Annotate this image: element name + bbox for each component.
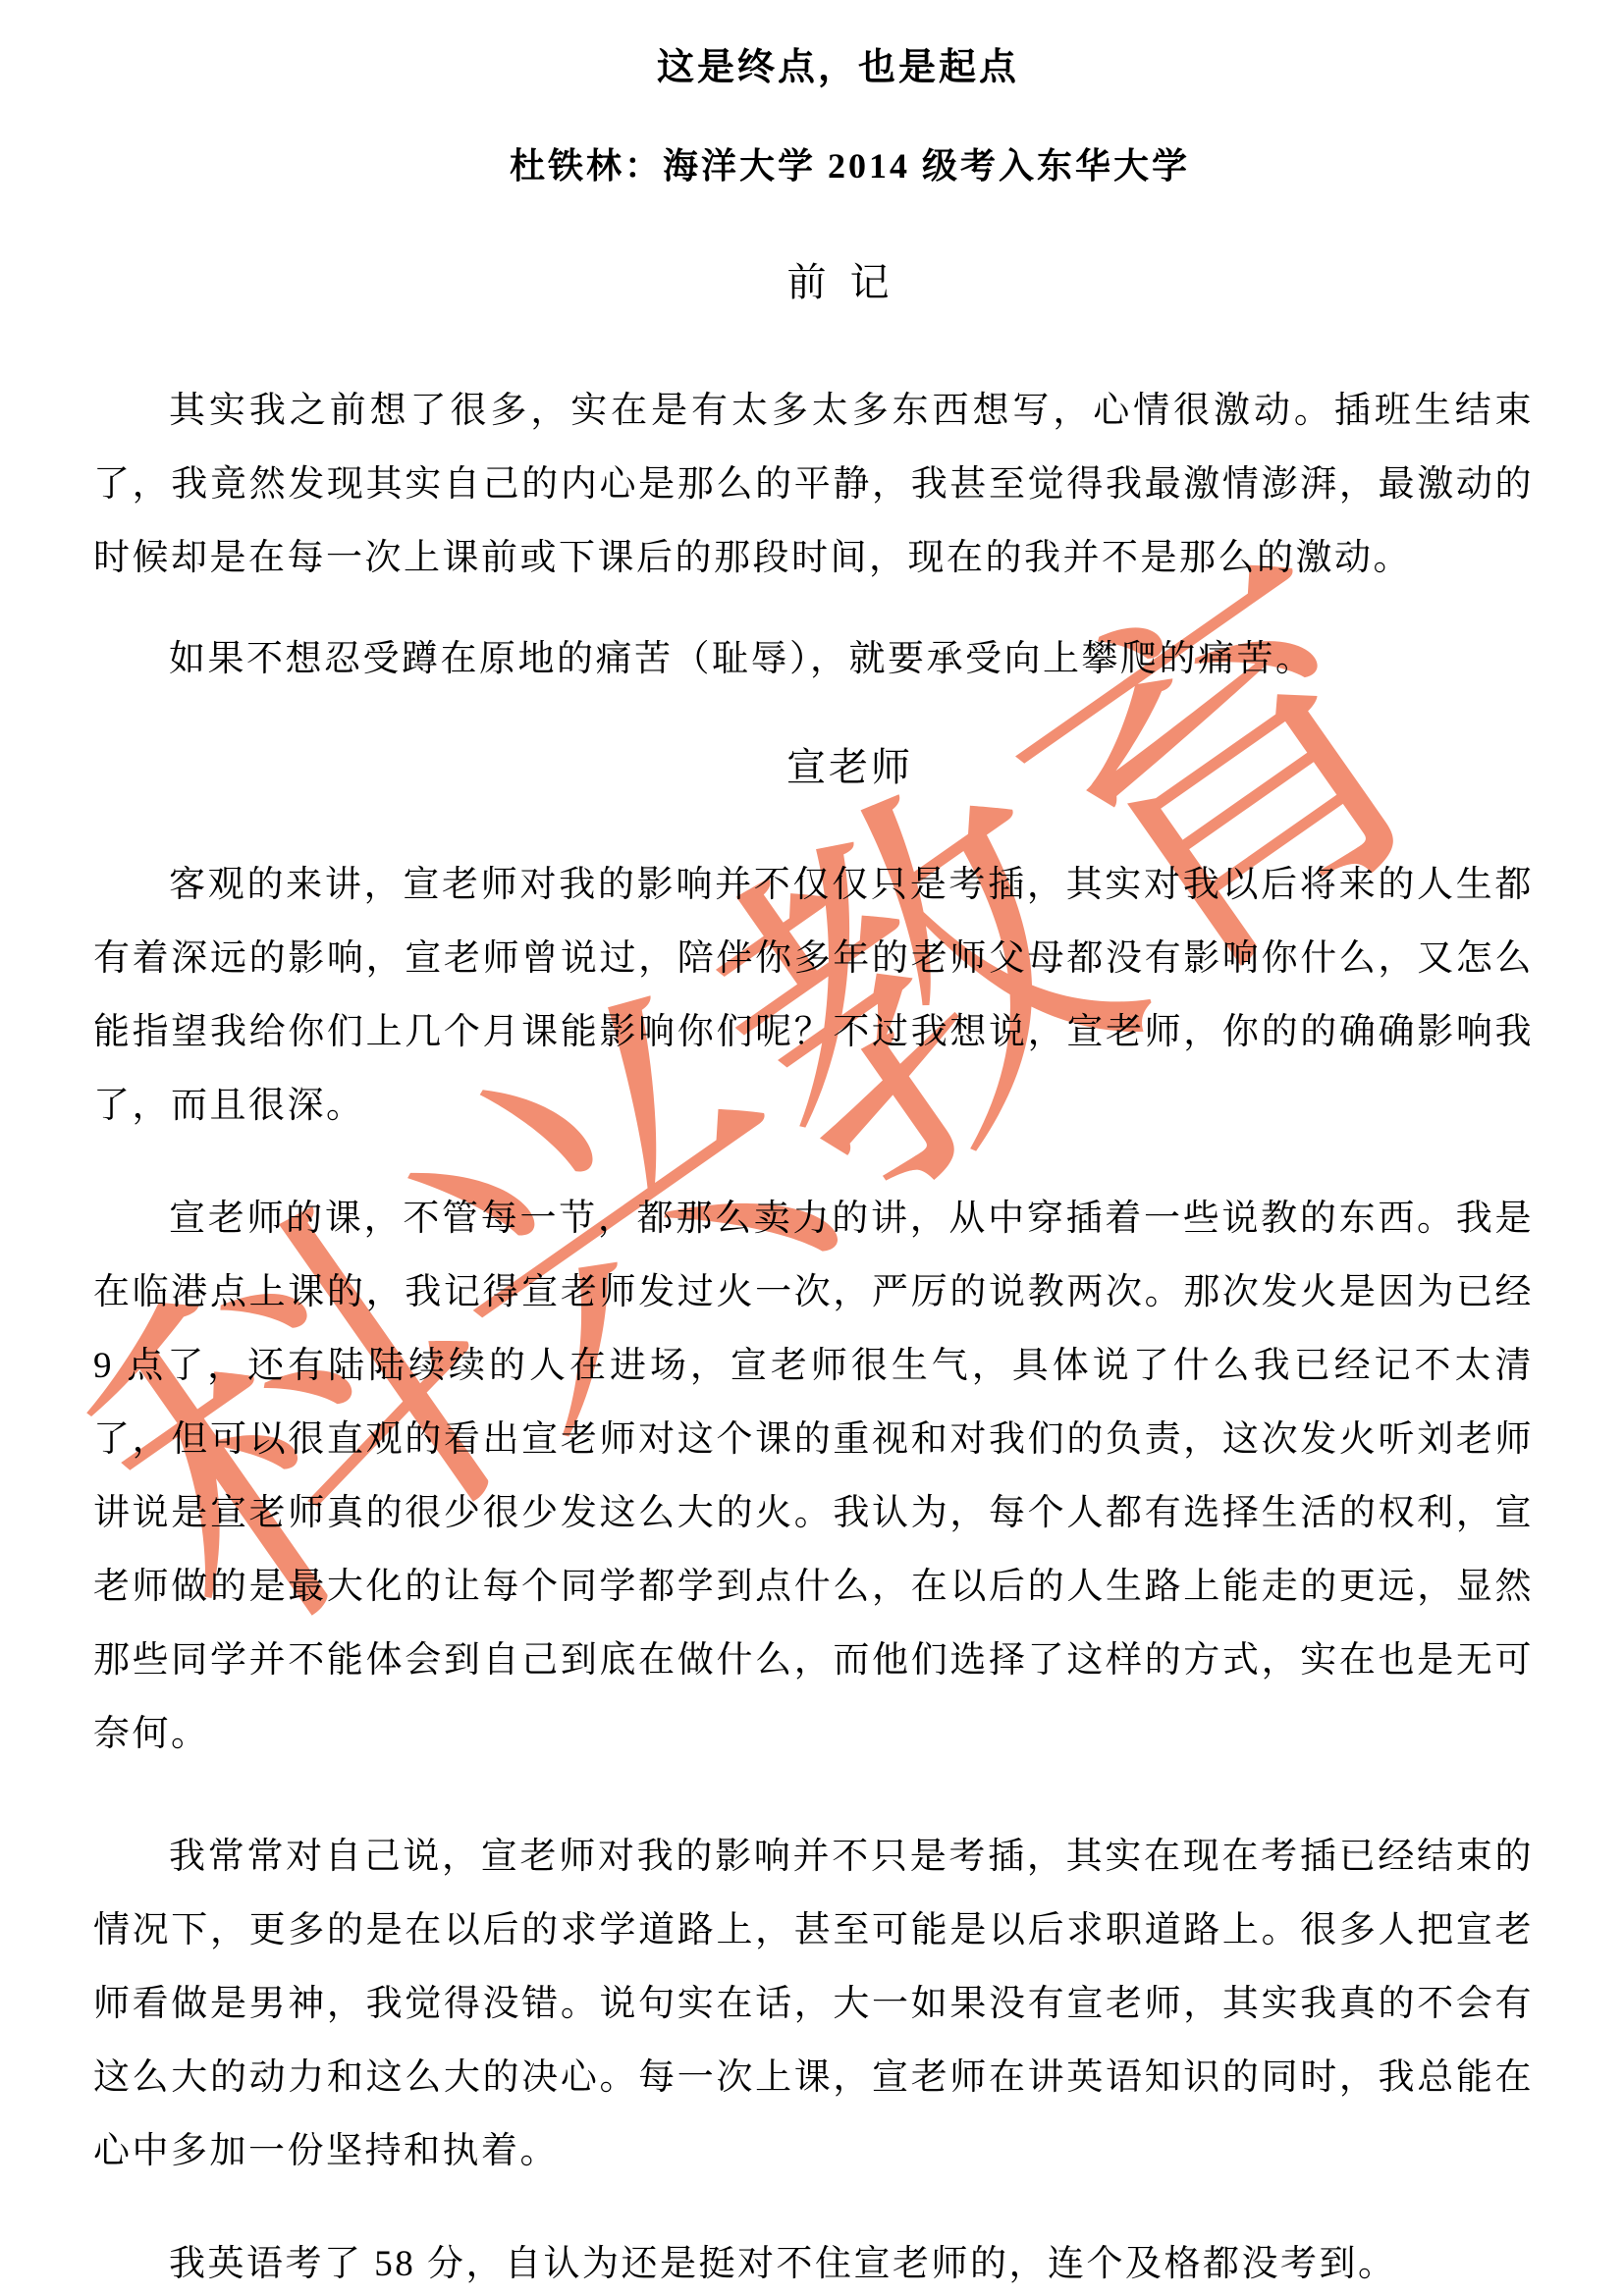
paragraph-foreword-2: 如果不想忍受蹲在原地的痛苦（耻辱），就要承受向上攀爬的痛苦。 xyxy=(93,622,1534,696)
page-title: 这是终点，也是起点 xyxy=(93,38,1534,97)
page-subtitle: 杜铁林：海洋大学 2014 级考入东华大学 xyxy=(93,136,1534,195)
section-heading-teacher-xuan: 宣老师 xyxy=(93,735,1534,800)
paragraph-foreword-1: 其实我之前想了很多，实在是有太多太多东西想写，心情很激动。插班生结束了，我竟然发… xyxy=(93,374,1534,595)
section-heading-foreword: 前记 xyxy=(93,250,1534,315)
paragraph-teacher-xuan-3: 我常常对自己说，宣老师对我的影响并不只是考插，其实在现在考插已经结束的情况下，更… xyxy=(93,1820,1534,2188)
paragraph-teacher-xuan-4: 我英语考了 58 分，自认为还是挺对不住宣老师的，连个及格都没考到。 xyxy=(93,2227,1534,2296)
document-page: 科兴教育 这是终点，也是起点 杜铁林：海洋大学 2014 级考入东华大学 前记 … xyxy=(0,0,1624,2296)
paragraph-teacher-xuan-1: 客观的来讲，宣老师对我的影响并不仅仅只是考插，其实对我以后将来的人生都有着深远的… xyxy=(93,848,1534,1143)
document-content: 这是终点，也是起点 杜铁林：海洋大学 2014 级考入东华大学 前记 其实我之前… xyxy=(0,0,1624,2296)
paragraph-teacher-xuan-2: 宣老师的课，不管每一节，都那么卖力的讲，从中穿插着一些说教的东西。我是在临港点上… xyxy=(93,1182,1534,1771)
